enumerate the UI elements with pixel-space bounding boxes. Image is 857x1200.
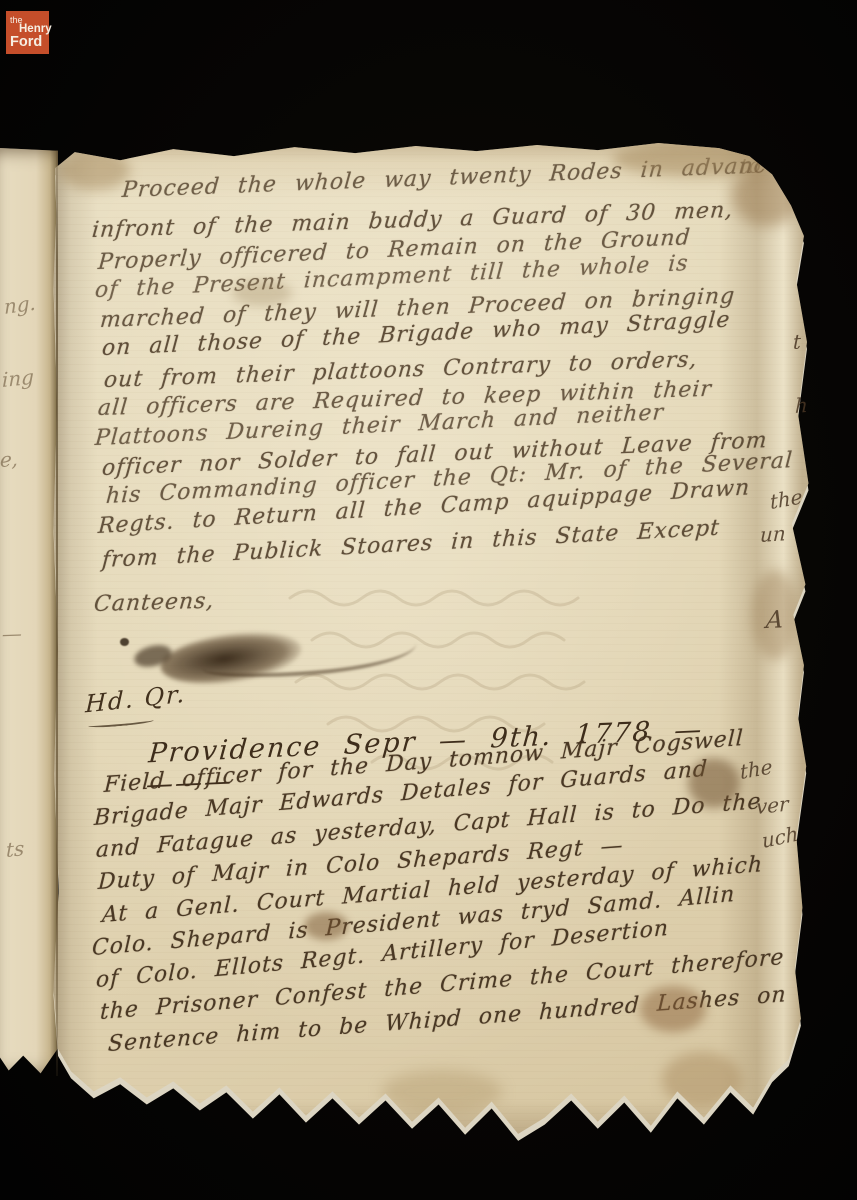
- logo-ford: Ford: [10, 35, 42, 50]
- headquarters-heading: Hd. Qr.: [85, 680, 187, 719]
- facing-page-edge: [0, 148, 58, 1078]
- museum-photo: to Proceed the whole way twenty Rodes in…: [0, 0, 857, 1200]
- ink-blot-dot: [120, 638, 129, 646]
- heading-underline: [88, 717, 154, 729]
- text-fragment: ts: [6, 836, 24, 862]
- henry-ford-logo: the Henry Ford: [6, 11, 49, 54]
- paper-stain: [60, 150, 130, 190]
- text-fragment: ing: [2, 365, 34, 392]
- text-fragment: —: [1, 621, 23, 646]
- text-fragment: A: [765, 605, 784, 634]
- text-fragment: ng.: [4, 290, 37, 319]
- manuscript-line: Proceed the whole way twenty Rodes in ad…: [121, 153, 782, 203]
- manuscript-page: to Proceed the whole way twenty Rodes in…: [52, 140, 810, 1150]
- text-fragment: h: [795, 393, 808, 418]
- manuscript-line: Canteens,: [93, 589, 216, 617]
- book-gutter: [56, 150, 58, 1076]
- text-fragment: e,: [0, 447, 19, 472]
- text-fragment: ver: [756, 792, 789, 820]
- text-fragment: t: [793, 329, 801, 354]
- text-fragment: un: [760, 521, 787, 547]
